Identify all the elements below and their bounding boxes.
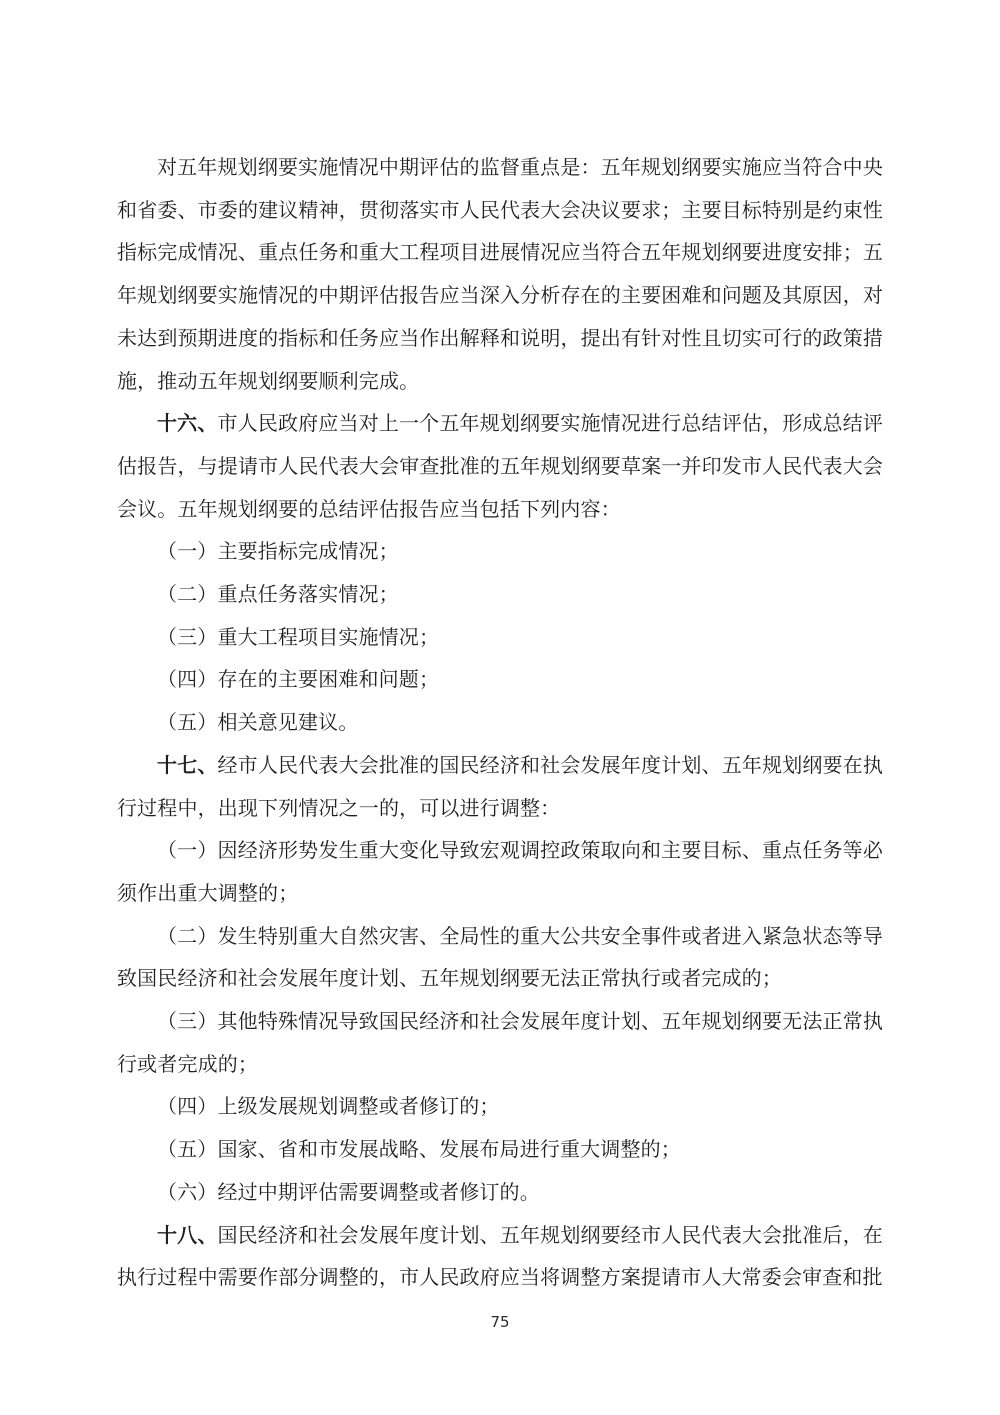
paragraph-text: （一）因经济形势发生重大变化导致宏观调控政策取向和主要目标、重点任务等必须作出重… [117, 840, 883, 905]
paragraph-text: （二）重点任务落实情况； [157, 584, 399, 606]
page-number: 75 [490, 1313, 509, 1331]
list-item-16-3: （三）重大工程项目实施情况； [117, 617, 883, 660]
paragraph-text: （二）发生特别重大自然灾害、全局性的重大公共安全事件或者进入紧急状态等导致国民经… [117, 926, 883, 991]
page-footer: 75 [0, 1313, 1000, 1332]
paragraph-text: （三）其他特殊情况导致国民经济和社会发展年度计划、五年规划纲要无法正常执行或者完… [117, 1011, 883, 1076]
list-item-16-5: （五）相关意见建议。 [117, 702, 883, 745]
paragraph-text: （五）相关意见建议。 [157, 712, 359, 734]
list-item-17-5: （五）国家、省和市发展战略、发展布局进行重大调整的； [117, 1129, 883, 1172]
list-item-17-1: （一）因经济形势发生重大变化导致宏观调控政策取向和主要目标、重点任务等必须作出重… [117, 830, 883, 915]
paragraph-text: （一）主要指标完成情况； [157, 541, 399, 563]
document-body: 对五年规划纲要实施情况中期评估的监督重点是：五年规划纲要实施应当符合中央和省委、… [117, 147, 883, 1300]
paragraph-text: 市人民政府应当对上一个五年规划纲要实施情况进行总结评估，形成总结评估报告，与提请… [117, 413, 883, 520]
paragraph-text: 国民经济和社会发展年度计划、五年规划纲要经市人民代表大会批准后，在执行过程中需要… [117, 1225, 883, 1290]
paragraph-text: 对五年规划纲要实施情况中期评估的监督重点是：五年规划纲要实施应当符合中央和省委、… [117, 157, 883, 393]
paragraph-text: （四）存在的主要困难和问题； [157, 669, 439, 691]
paragraph-midterm-evaluation: 对五年规划纲要实施情况中期评估的监督重点是：五年规划纲要实施应当符合中央和省委、… [117, 147, 883, 403]
paragraph-section-16: 十六、市人民政府应当对上一个五年规划纲要实施情况进行总结评估，形成总结评估报告，… [117, 403, 883, 531]
paragraph-section-17: 十七、经市人民代表大会批准的国民经济和社会发展年度计划、五年规划纲要在执行过程中… [117, 745, 883, 830]
paragraph-text: （五）国家、省和市发展战略、发展布局进行重大调整的； [157, 1139, 681, 1161]
paragraph-text: 经市人民代表大会批准的国民经济和社会发展年度计划、五年规划纲要在执行过程中，出现… [117, 755, 883, 820]
list-item-16-1: （一）主要指标完成情况； [117, 531, 883, 574]
section-label: 十八、 [157, 1225, 218, 1247]
list-item-17-6: （六）经过中期评估需要调整或者修订的。 [117, 1172, 883, 1215]
section-label: 十六、 [157, 413, 218, 435]
list-item-17-3: （三）其他特殊情况导致国民经济和社会发展年度计划、五年规划纲要无法正常执行或者完… [117, 1001, 883, 1086]
list-item-16-2: （二）重点任务落实情况； [117, 574, 883, 617]
list-item-17-2: （二）发生特别重大自然灾害、全局性的重大公共安全事件或者进入紧急状态等导致国民经… [117, 916, 883, 1001]
section-label: 十七、 [157, 755, 218, 777]
paragraph-text: （六）经过中期评估需要调整或者修订的。 [157, 1182, 540, 1204]
list-item-16-4: （四）存在的主要困难和问题； [117, 659, 883, 702]
paragraph-text: （四）上级发展规划调整或者修订的； [157, 1096, 500, 1118]
paragraph-section-18: 十八、国民经济和社会发展年度计划、五年规划纲要经市人民代表大会批准后，在执行过程… [117, 1215, 883, 1300]
list-item-17-4: （四）上级发展规划调整或者修订的； [117, 1086, 883, 1129]
paragraph-text: （三）重大工程项目实施情况； [157, 627, 439, 649]
